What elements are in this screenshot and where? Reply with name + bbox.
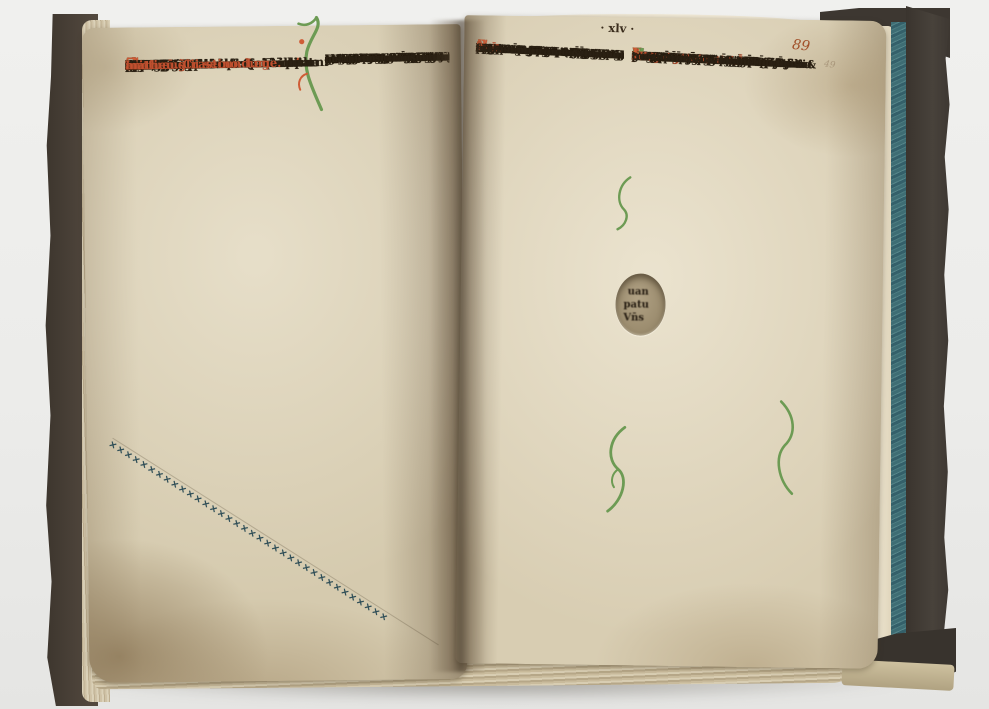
right-cover-board <box>906 6 950 662</box>
green-flourish-icon <box>774 399 799 495</box>
hole-showthrough-text: uan <box>616 273 666 299</box>
faint-pencil-mark: 49 <box>823 59 836 71</box>
text-line: ria semp̄ uirgine & temporalis <box>476 39 624 46</box>
hole-showthrough-text: patu <box>615 298 665 312</box>
green-flourish-icon <box>612 175 635 231</box>
gutter-shadow <box>430 20 486 672</box>
modern-page-number: 89 <box>791 37 811 55</box>
manuscript-photograph: adhuc esurient: & qui bibuntme adhuc sit… <box>0 0 989 709</box>
left-page: adhuc esurient: & qui bibuntme adhuc sit… <box>83 24 468 683</box>
folio-heading: · xlv · <box>582 20 653 37</box>
right-page: · xlv · 89 49 bylonis: iechonias geñ sal… <box>455 15 886 669</box>
text-line: tuoz̄. prothi. & iacincti felicis. & <box>632 47 818 56</box>
left-column-chant-with-neumes: adhuc esurient: & qui bibuntme adhuc sit… <box>125 54 342 620</box>
hole-showthrough-text: Vn̄s <box>615 311 665 325</box>
green-flourish-icon <box>604 425 631 515</box>
